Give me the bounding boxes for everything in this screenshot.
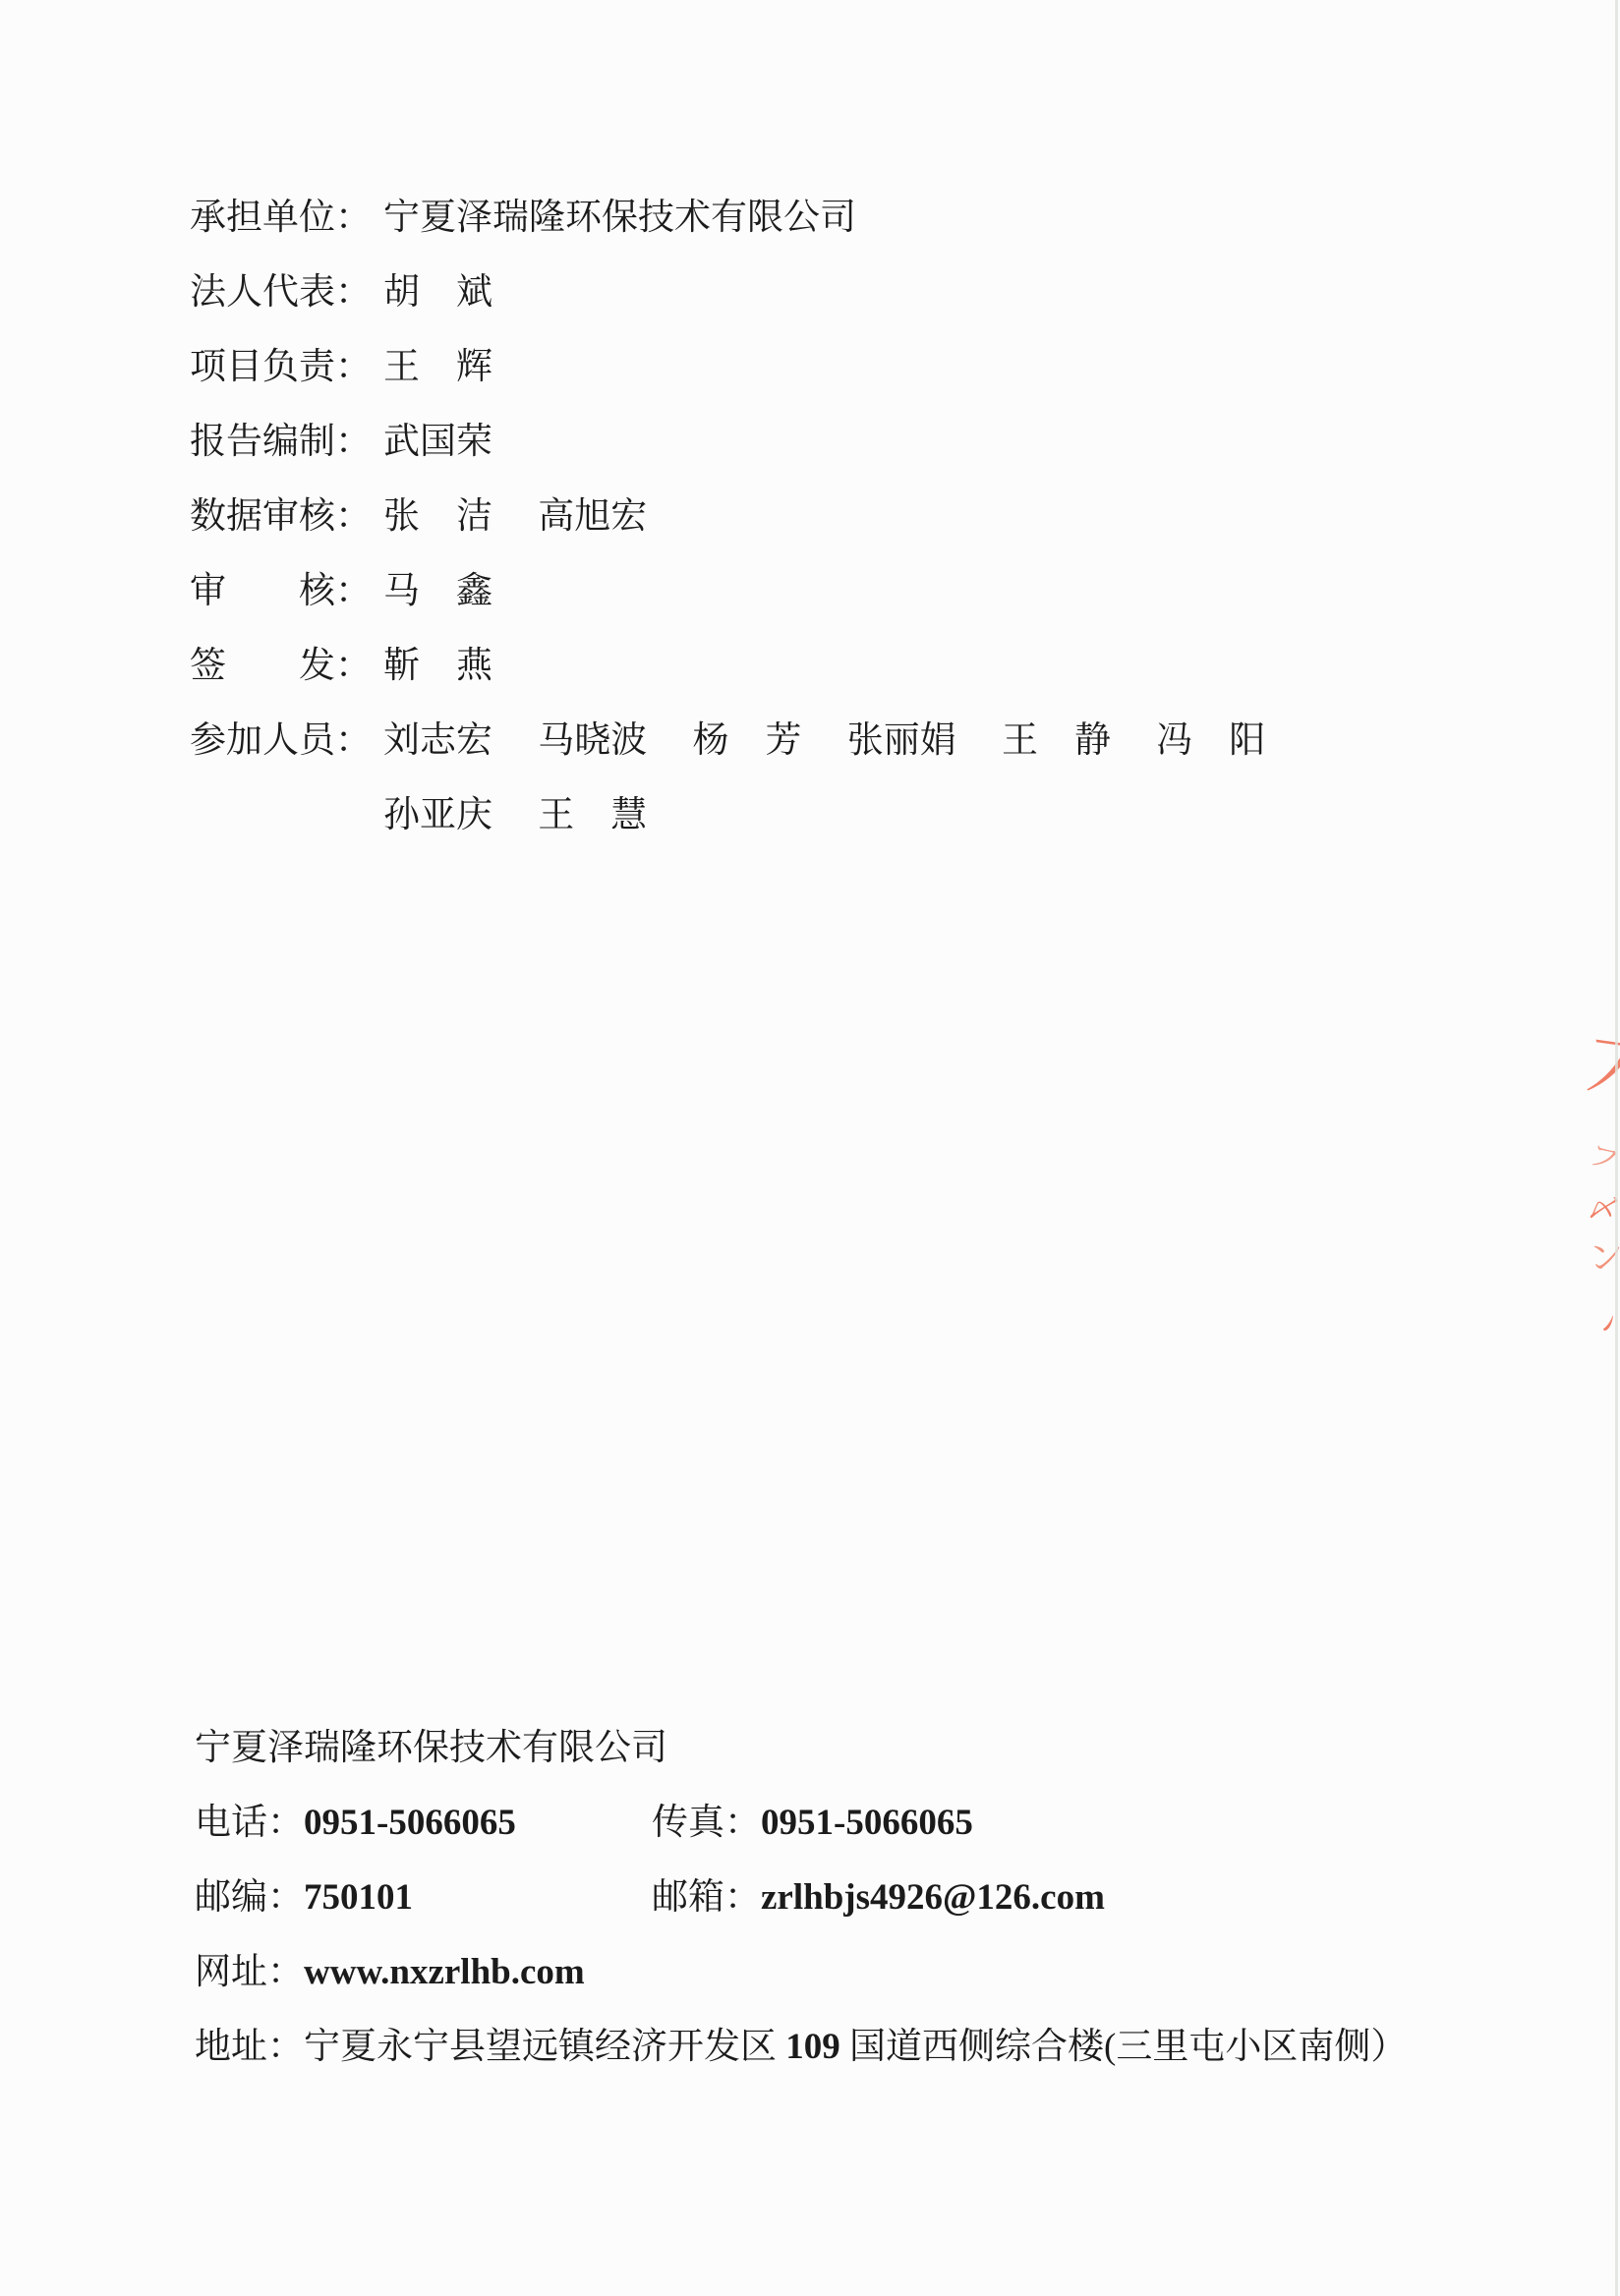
scanned-document-page: 承担单位：宁夏泽瑞隆环保技术有限公司 法人代表：胡 斌 项目负责：王 辉 报告编… [0, 0, 1620, 2296]
credit-row-reviewer: 审核：马 鑫 [190, 554, 1265, 629]
postcode-email-row: 邮编：750101 邮箱：zrlhbjs4926@126.com [195, 1861, 1473, 1935]
credit-row-participants: 参加人员：刘志宏 马晓波 杨 芳 张丽娟 王 静 冯 阳 [190, 704, 1265, 778]
field-label: 数据审核 [190, 480, 335, 554]
report-credits-block: 承担单位：宁夏泽瑞隆环保技术有限公司 法人代表：胡 斌 项目负责：王 辉 报告编… [190, 181, 1265, 853]
website-row: 网址：www.nxzrlhb.com [195, 1935, 1473, 2010]
company-name: 宁夏泽瑞隆环保技术有限公司 [195, 1728, 667, 1768]
credit-row-report-compiler: 报告编制：武国荣 [190, 405, 1265, 480]
address-label: 地址： [195, 2027, 304, 2067]
participants-line-2: 孙亚庆 王 慧 [383, 795, 647, 835]
credit-row-legal-representative: 法人代表：胡 斌 [190, 256, 1265, 330]
label-colon: ： [335, 704, 372, 778]
field-label: 参加人员 [190, 704, 335, 778]
field-label: 签发 [190, 629, 335, 704]
email-address: zrlhbjs4926@126.com [761, 1877, 1105, 1918]
field-value: 武国荣 [383, 422, 492, 462]
fax-group: 传真：0951-5066065 [652, 1786, 973, 1861]
participants-line-1: 刘志宏 马晓波 杨 芳 张丽娟 王 静 冯 阳 [383, 720, 1265, 761]
label-colon: ： [335, 480, 372, 554]
field-label: 审核 [190, 554, 335, 629]
field-value: 宁夏泽瑞隆环保技术有限公司 [383, 198, 856, 238]
fax-number: 0951-5066065 [761, 1803, 973, 1843]
label-colon: ： [335, 256, 372, 330]
company-contact-block: 宁夏泽瑞隆环保技术有限公司 电话：0951-5066065 传真：0951-50… [195, 1711, 1473, 2085]
phone-label: 电话： [195, 1803, 304, 1843]
credit-row-undertaking-unit: 承担单位：宁夏泽瑞隆环保技术有限公司 [190, 181, 1265, 256]
credit-row-participants-continued: 孙亚庆 王 慧 [383, 778, 1265, 853]
website-url: www.nxzrlhb.com [304, 1952, 585, 1992]
phone-fax-row: 电话：0951-5066065 传真：0951-5066065 [195, 1786, 1473, 1861]
website-label: 网址： [195, 1952, 304, 1992]
field-label: 法人代表 [190, 256, 335, 330]
email-label: 邮箱： [652, 1877, 761, 1918]
field-label: 项目负责 [190, 330, 335, 405]
field-label: 承担单位 [190, 181, 335, 256]
postcode-value: 750101 [304, 1877, 413, 1918]
company-name-row: 宁夏泽瑞隆环保技术有限公司 [195, 1711, 1473, 1786]
field-label: 报告编制 [190, 405, 335, 480]
label-colon: ： [335, 554, 372, 629]
label-colon: ： [335, 330, 372, 405]
scan-edge-line [1615, 0, 1618, 2296]
phone-number: 0951-5066065 [304, 1803, 516, 1843]
field-value: 王 辉 [383, 347, 492, 387]
email-group: 邮箱：zrlhbjs4926@126.com [652, 1861, 1105, 1935]
fax-label: 传真： [652, 1803, 761, 1843]
credit-row-issuer: 签发：靳 燕 [190, 629, 1265, 704]
address-row: 地址：宁夏永宁县望远镇经济开发区 109 国道西侧综合楼(三里屯小区南侧） [195, 2010, 1473, 2085]
credit-row-project-leader: 项目负责：王 辉 [190, 330, 1265, 405]
label-colon: ： [335, 181, 372, 256]
field-value: 靳 燕 [383, 646, 492, 686]
label-colon: ： [335, 405, 372, 480]
postcode-label: 邮编： [195, 1877, 304, 1918]
field-value: 胡 斌 [383, 272, 492, 313]
address-text-post: 国道西侧综合楼(三里屯小区南侧） [840, 2027, 1408, 2067]
field-value: 张 洁 高旭宏 [383, 496, 647, 537]
field-value: 马 鑫 [383, 571, 492, 611]
address-road-number: 109 [785, 2027, 840, 2067]
address-text-pre: 宁夏永宁县望远镇经济开发区 [304, 2027, 785, 2067]
label-colon: ： [335, 629, 372, 704]
credit-row-data-review: 数据审核：张 洁 高旭宏 [190, 480, 1265, 554]
